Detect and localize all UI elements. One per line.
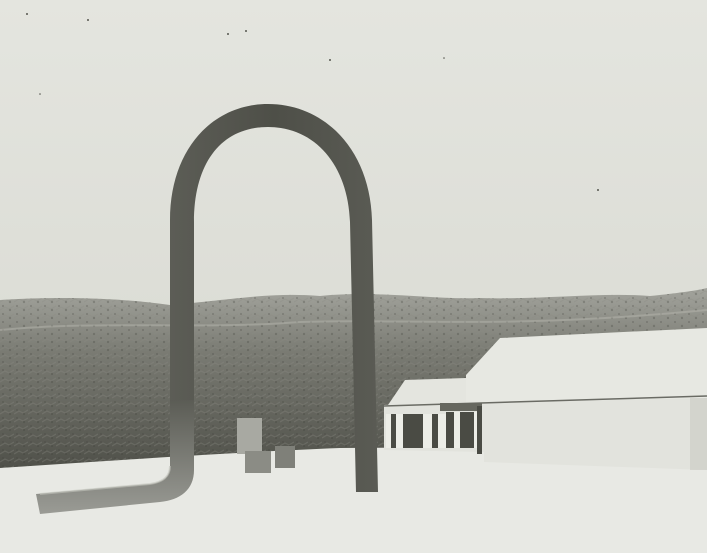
scene (0, 0, 707, 553)
photograph (0, 0, 707, 553)
